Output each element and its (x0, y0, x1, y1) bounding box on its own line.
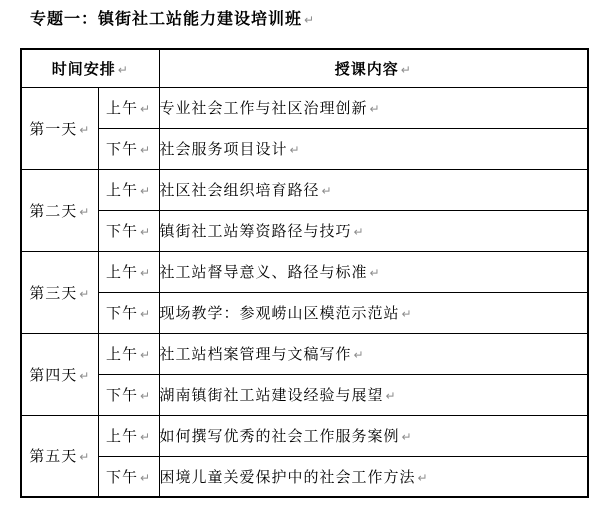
period-label: 上午 (106, 101, 138, 117)
paragraph-mark: ↵ (370, 102, 381, 116)
period-label: 下午 (106, 142, 138, 158)
paragraph-mark: ↵ (354, 348, 365, 362)
period-cell: 下午↵ (98, 292, 159, 333)
content-text: 如何撰写优秀的社会工作服务案例 (160, 429, 400, 445)
content-text: 社区社会组织培育路径 (160, 183, 320, 199)
schedule-table: 时间安排↵ 授课内容↵ 第一天↵上午↵专业社会工作与社区治理创新↵下午↵社会服务… (20, 48, 589, 498)
content-text: 社工站档案管理与文稿写作 (160, 347, 352, 363)
paragraph-mark: ↵ (290, 143, 301, 157)
period-label: 下午 (106, 224, 138, 240)
content-text: 湖南镇街社工站建设经验与展望 (160, 388, 384, 404)
paragraph-mark: ↵ (140, 102, 151, 116)
content-text: 镇街社工站筹资路径与技巧 (160, 224, 352, 240)
paragraph-mark: ↵ (402, 430, 413, 444)
period-label: 上午 (106, 265, 138, 281)
period-label: 下午 (106, 470, 138, 486)
table-row: 下午↵现场教学：参观崂山区模范示范站↵ (21, 292, 588, 333)
period-cell: 下午↵ (98, 456, 159, 497)
header-time-label: 时间安排 (52, 62, 116, 78)
content-cell: 社工站档案管理与文稿写作↵ (159, 333, 588, 374)
paragraph-mark: ↵ (401, 63, 412, 77)
content-cell: 社工站督导意义、路径与标准↵ (159, 251, 588, 292)
schedule-table-body: 第一天↵上午↵专业社会工作与社区治理创新↵下午↵社会服务项目设计↵第二天↵上午↵… (21, 87, 588, 497)
day-cell: 第一天↵ (21, 87, 98, 169)
content-cell: 镇街社工站筹资路径与技巧↵ (159, 210, 588, 251)
period-label: 上午 (106, 183, 138, 199)
day-label: 第五天 (29, 449, 77, 465)
paragraph-mark: ↵ (140, 184, 151, 198)
day-label: 第三天 (29, 286, 77, 302)
header-time-col: 时间安排↵ (21, 49, 159, 87)
day-cell: 第四天↵ (21, 333, 98, 415)
content-cell: 如何撰写优秀的社会工作服务案例↵ (159, 415, 588, 456)
period-label: 下午 (106, 388, 138, 404)
period-label: 上午 (106, 429, 138, 445)
content-text: 现场教学：参观崂山区模范示范站 (160, 306, 400, 322)
paragraph-mark: ↵ (79, 205, 90, 219)
paragraph-mark: ↵ (118, 63, 129, 77)
period-cell: 下午↵ (98, 128, 159, 169)
paragraph-mark: ↵ (79, 123, 90, 137)
content-cell: 专业社会工作与社区治理创新↵ (159, 87, 588, 128)
page-title: 专题一：镇街社工站能力建设培训班↵ (30, 6, 315, 29)
paragraph-mark: ↵ (140, 471, 151, 485)
table-row: 第二天↵上午↵社区社会组织培育路径↵ (21, 169, 588, 210)
header-content-label: 授课内容 (335, 62, 399, 78)
period-cell: 下午↵ (98, 374, 159, 415)
table-row: 第三天↵上午↵社工站督导意义、路径与标准↵ (21, 251, 588, 292)
period-label: 上午 (106, 347, 138, 363)
table-row: 第一天↵上午↵专业社会工作与社区治理创新↵ (21, 87, 588, 128)
paragraph-mark: ↵ (140, 307, 151, 321)
table-row: 下午↵镇街社工站筹资路径与技巧↵ (21, 210, 588, 251)
paragraph-mark: ↵ (79, 450, 90, 464)
day-label: 第一天 (29, 122, 77, 138)
content-cell: 社会服务项目设计↵ (159, 128, 588, 169)
paragraph-mark: ↵ (140, 225, 151, 239)
period-cell: 上午↵ (98, 333, 159, 374)
table-row: 第五天↵上午↵如何撰写优秀的社会工作服务案例↵ (21, 415, 588, 456)
page-title-text: 专题一：镇街社工站能力建设培训班 (30, 11, 302, 28)
paragraph-mark: ↵ (354, 225, 365, 239)
content-text: 专业社会工作与社区治理创新 (160, 101, 368, 117)
paragraph-mark: ↵ (402, 307, 413, 321)
period-cell: 上午↵ (98, 251, 159, 292)
document-page: 专题一：镇街社工站能力建设培训班↵ 时间安排↵ 授课内容↵ 第一天↵上午↵专业社… (0, 0, 609, 522)
day-cell: 第三天↵ (21, 251, 98, 333)
content-cell: 社区社会组织培育路径↵ (159, 169, 588, 210)
day-cell: 第五天↵ (21, 415, 98, 497)
period-cell: 上午↵ (98, 87, 159, 128)
content-text: 困境儿童关爱保护中的社会工作方法 (160, 470, 416, 486)
period-label: 下午 (106, 306, 138, 322)
content-cell: 困境儿童关爱保护中的社会工作方法↵ (159, 456, 588, 497)
period-cell: 下午↵ (98, 210, 159, 251)
content-text: 社会服务项目设计 (160, 142, 288, 158)
period-cell: 上午↵ (98, 415, 159, 456)
paragraph-mark: ↵ (370, 266, 381, 280)
paragraph-mark: ↵ (418, 471, 429, 485)
period-cell: 上午↵ (98, 169, 159, 210)
header-content-col: 授课内容↵ (159, 49, 588, 87)
table-row: 下午↵社会服务项目设计↵ (21, 128, 588, 169)
content-cell: 湖南镇街社工站建设经验与展望↵ (159, 374, 588, 415)
header-row: 时间安排↵ 授课内容↵ (21, 49, 588, 87)
paragraph-mark: ↵ (140, 430, 151, 444)
paragraph-mark: ↵ (140, 266, 151, 280)
paragraph-mark: ↵ (79, 369, 90, 383)
paragraph-mark: ↵ (386, 389, 397, 403)
paragraph-mark: ↵ (140, 348, 151, 362)
paragraph-mark: ↵ (79, 287, 90, 301)
day-cell: 第二天↵ (21, 169, 98, 251)
content-cell: 现场教学：参观崂山区模范示范站↵ (159, 292, 588, 333)
paragraph-mark: ↵ (140, 389, 151, 403)
paragraph-mark: ↵ (304, 13, 315, 27)
table-row: 下午↵湖南镇街社工站建设经验与展望↵ (21, 374, 588, 415)
table-row: 下午↵困境儿童关爱保护中的社会工作方法↵ (21, 456, 588, 497)
day-label: 第二天 (29, 204, 77, 220)
day-label: 第四天 (29, 368, 77, 384)
table-row: 第四天↵上午↵社工站档案管理与文稿写作↵ (21, 333, 588, 374)
paragraph-mark: ↵ (322, 184, 333, 198)
paragraph-mark: ↵ (140, 143, 151, 157)
content-text: 社工站督导意义、路径与标准 (160, 265, 368, 281)
